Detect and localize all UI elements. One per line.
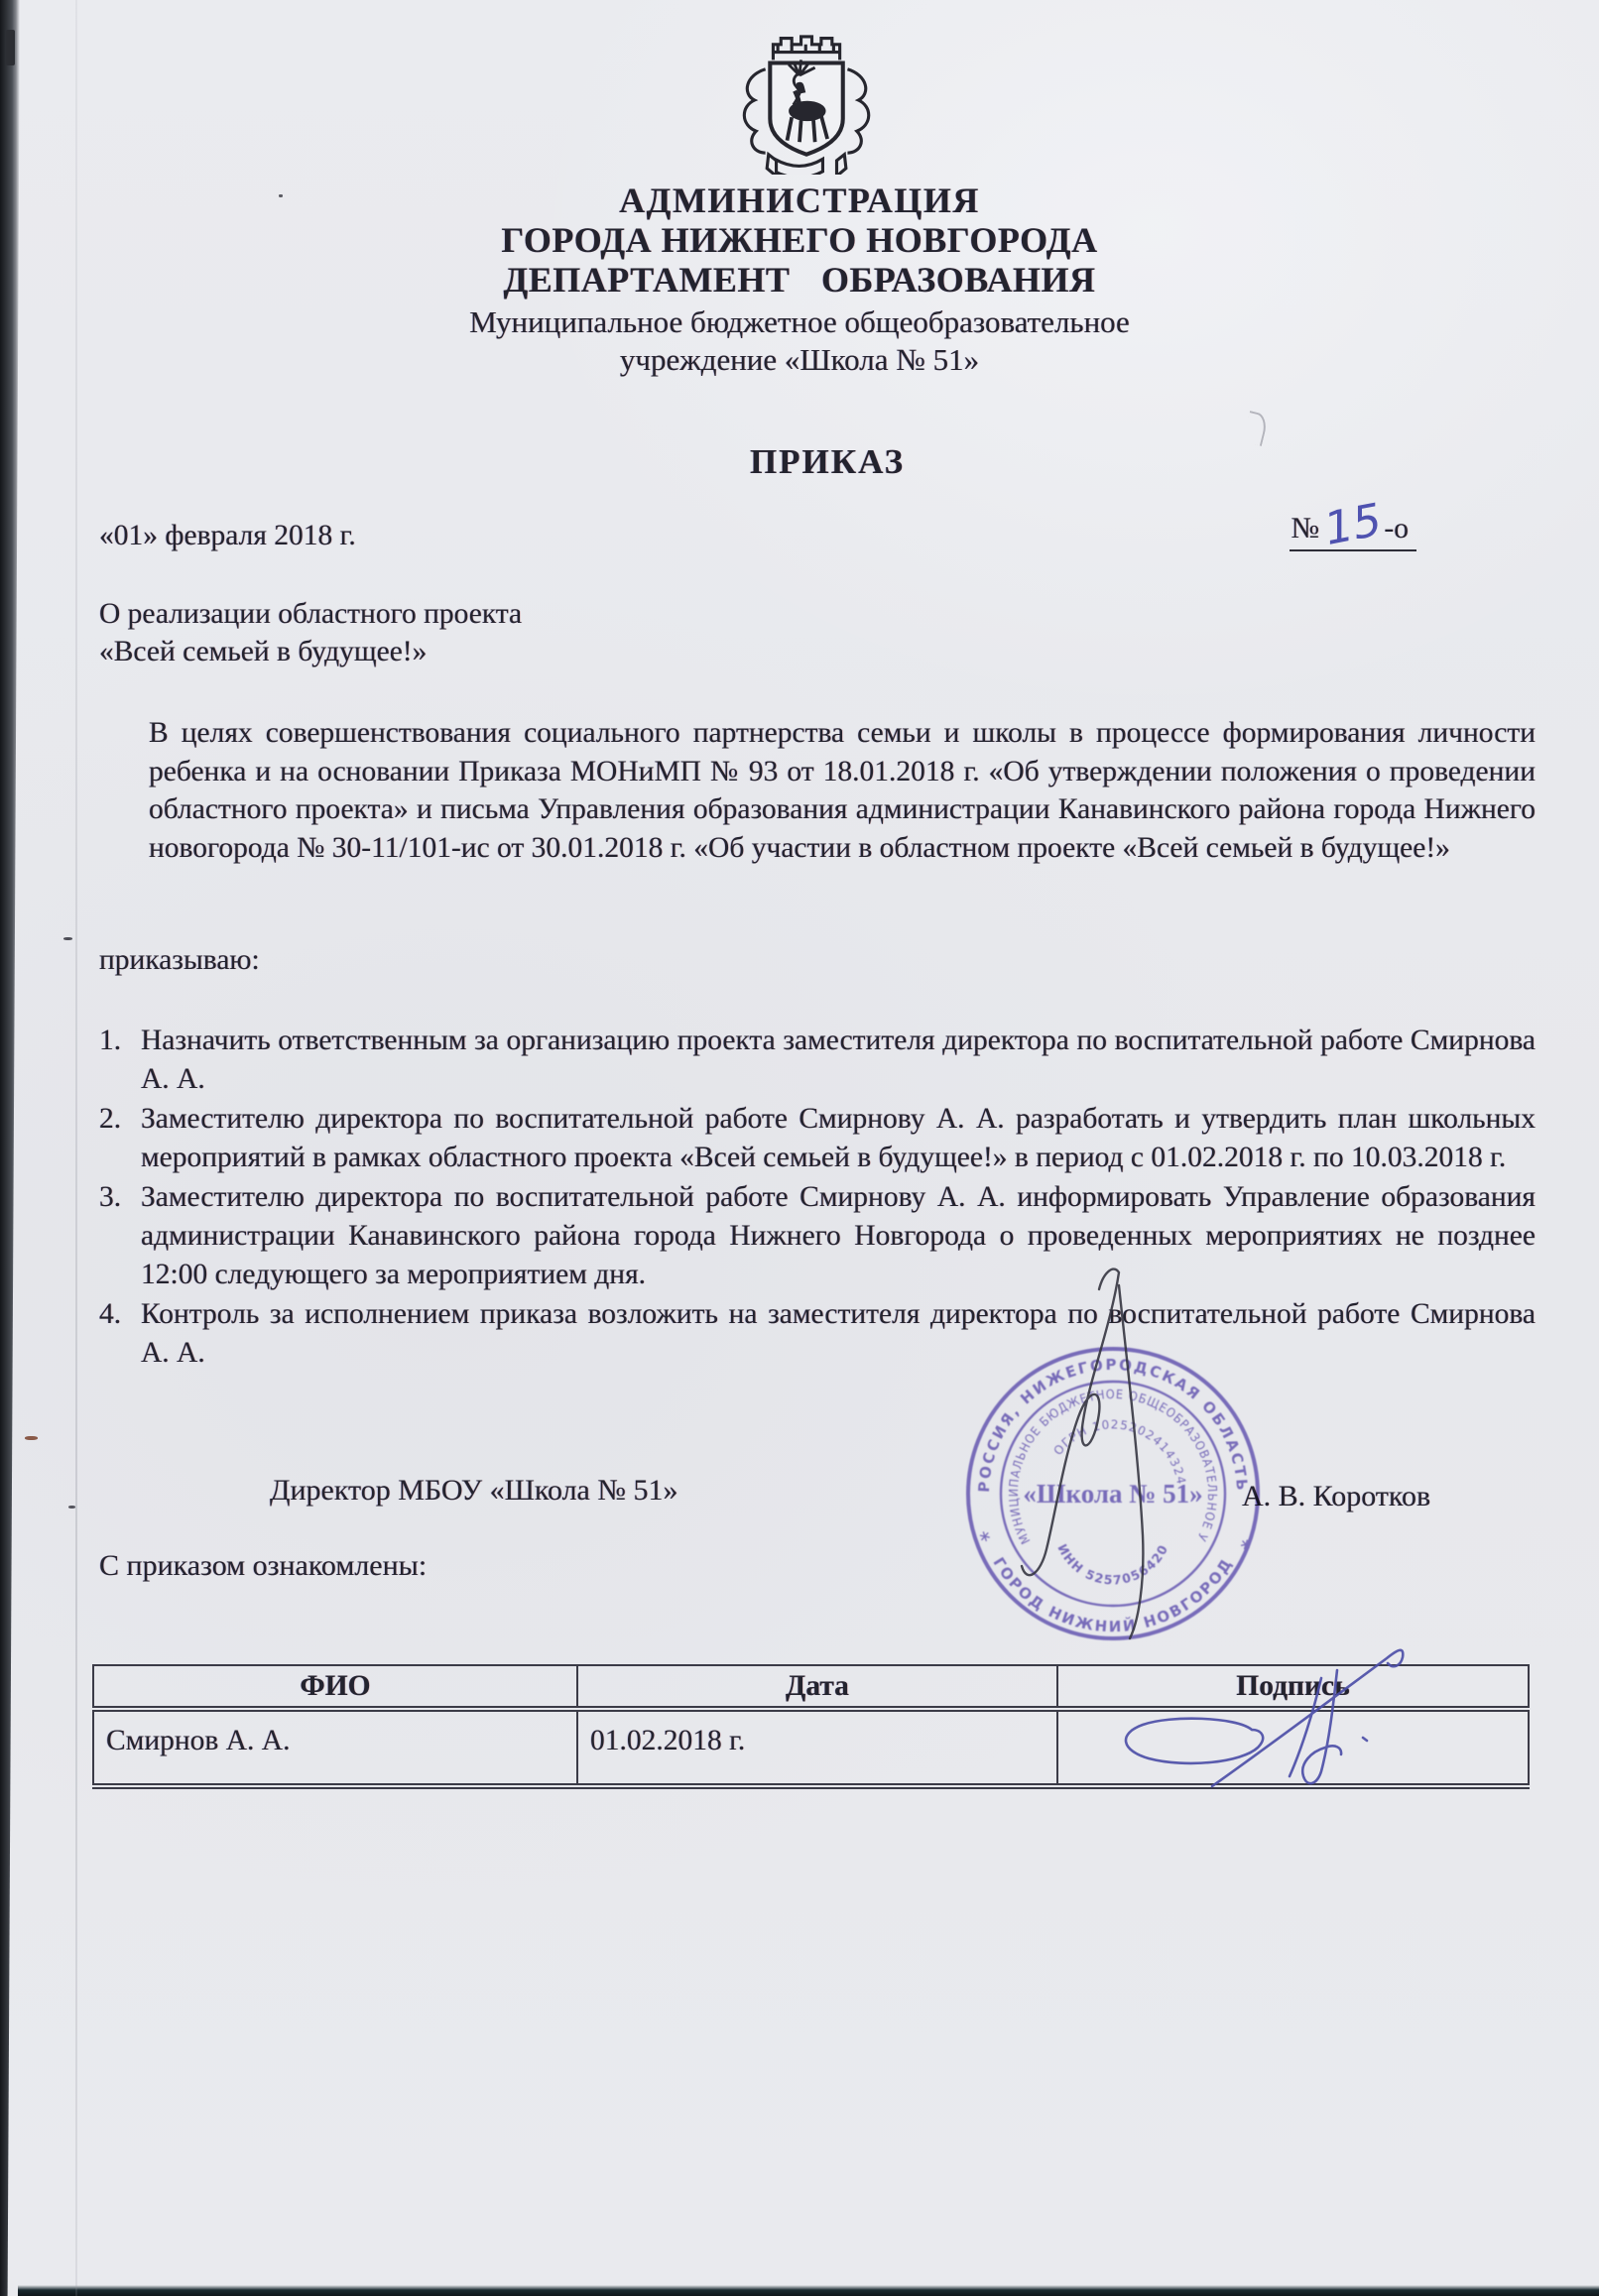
order-items-list: Назначить ответственным за организацию п… — [97, 1022, 1536, 1374]
acknowledgement-table: ФИО Дата Подпись Смирнов А. А. 01.02.201… — [92, 1664, 1530, 1789]
order-item-1: Назначить ответственным за организацию п… — [97, 1022, 1536, 1100]
stamp-inn-text: ИНН 5257056420 — [1054, 1541, 1170, 1587]
svg-text:ИНН 5257056420: ИНН 5257056420 — [1054, 1541, 1170, 1587]
number-suffix: -о — [1384, 513, 1409, 544]
document-date: «01» февраля 2018 г. — [99, 520, 356, 552]
document-number: №15-о — [1290, 512, 1416, 551]
scan-speck — [63, 937, 72, 940]
table-row: Смирнов А. А. 01.02.2018 г. — [93, 1709, 1529, 1786]
org-name-line1: АДМИНИСТРАЦИЯ — [0, 181, 1599, 220]
subject-line2: «Всей семьей в будущее!» — [99, 633, 522, 670]
order-item-3: Заместителю директора по воспитательной … — [97, 1178, 1536, 1295]
org-name-line2: ГОРОДА НИЖНЕГО НОВГОРОДА — [0, 220, 1599, 260]
acknowledged-label: С приказом ознакомлены: — [99, 1549, 427, 1583]
org-name-line4: Муниципальное бюджетное общеобразователь… — [0, 302, 1599, 341]
col-header-date: Дата — [577, 1665, 1057, 1709]
cell-fio: Смирнов А. А. — [93, 1709, 577, 1786]
city-coat-of-arms-icon — [721, 26, 878, 175]
scan-speck — [68, 1506, 75, 1509]
cell-signature — [1057, 1709, 1529, 1786]
official-round-stamp: РОССИЯ, НИЖЕГОРОДСКАЯ ОБЛАСТЬ ГОРОД НИЖН… — [954, 1335, 1272, 1652]
order-item-2: Заместителю директора по воспитательной … — [97, 1100, 1536, 1178]
preamble-paragraph: В целях совершенствования социального па… — [149, 714, 1536, 867]
subject-line1: О реализации областного проекта — [99, 595, 522, 633]
document-subject: О реализации областного проекта «Всей се… — [99, 595, 522, 670]
document-header: АДМИНИСТРАЦИЯ ГОРОДА НИЖНЕГО НОВГОРОДА Д… — [0, 26, 1599, 379]
col-header-signature: Подпись — [1057, 1665, 1529, 1709]
org-name-line5: учреждение «Школа № 51» — [0, 341, 1599, 379]
stamp-separator-right: ∗ — [1237, 1533, 1256, 1555]
order-item-4: Контроль за исполнением приказа возложит… — [97, 1295, 1536, 1374]
scanned-document-page: АДМИНИСТРАЦИЯ ГОРОДА НИЖНЕГО НОВГОРОДА Д… — [0, 0, 1599, 2296]
cell-date: 01.02.2018 г. — [577, 1709, 1057, 1786]
table-header-row: ФИО Дата Подпись — [93, 1665, 1529, 1709]
scan-speck — [25, 1436, 38, 1440]
col-header-fio: ФИО — [93, 1665, 577, 1709]
scan-edge-shadow-bottom — [18, 2285, 1599, 2296]
director-position-label: Директор МБОУ «Школа № 51» — [270, 1474, 677, 1508]
order-word: приказываю: — [99, 944, 260, 977]
stamp-center-text: «Школа № 51» — [1023, 1479, 1202, 1509]
document-title: ПРИКАЗ — [28, 442, 1599, 482]
number-sign: № — [1291, 512, 1320, 544]
scan-scratch-mark — [1242, 411, 1269, 446]
org-name-line3: ДЕПАРТАМЕНТ ОБРАЗОВАНИЯ — [0, 260, 1599, 300]
handwritten-number: 15 — [1325, 519, 1381, 530]
